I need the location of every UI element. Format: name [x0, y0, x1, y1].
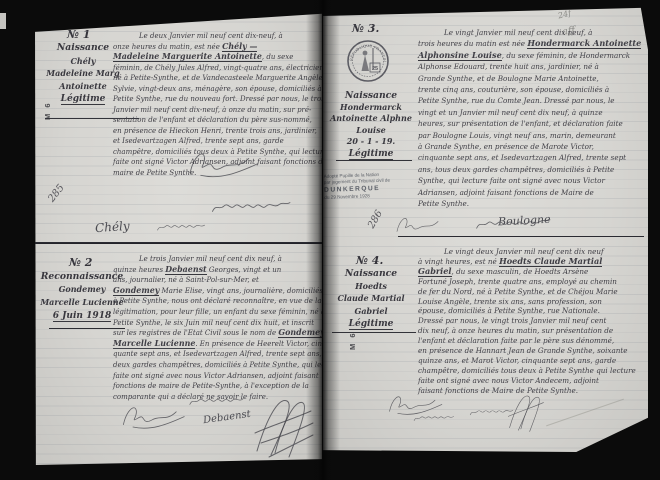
signature-flourish: [412, 410, 464, 429]
handwritten-line: féminin, de Chély Jules Alfred, vingt-qu…: [113, 63, 319, 74]
handwritten-line: trois heures du matin est née Hondermarc…: [418, 38, 642, 49]
handwritten-line: Synthe, qui lecture faite ont signé avec…: [418, 175, 642, 186]
handwritten-line: Alphonsine Louise, du sexe féminin, de H…: [418, 50, 642, 61]
signature-boulogne: Boulogne: [498, 213, 551, 229]
handwritten-line: de fer du Nord, né à Petite Synthe, et d…: [418, 287, 644, 297]
handwritten-line: Le trois Janvier mil neuf cent dix neuf,…: [113, 254, 319, 265]
signature-flourish: [209, 196, 297, 222]
handwritten-line: Petite Synthe.: [418, 198, 642, 209]
stamp-value: 25: [372, 66, 378, 72]
handwritten-line: légitimation, pour leur fille, un enfant…: [113, 307, 319, 318]
revenue-stamp: RÉPUBLIQUE FRANÇAISE 25: [346, 38, 390, 88]
handwritten-line: ans, tous deux gardes champêtres, domici…: [418, 164, 642, 175]
entry3-margin: NaissanceHondermarckAntoinette AlphneLou…: [324, 90, 418, 161]
handwritten-line: Sylvie, vingt-deux ans, ménagère, son ép…: [113, 84, 319, 95]
signature-chely: Chély: [95, 219, 131, 235]
page-number-right: 286: [366, 208, 385, 230]
handwritten-line: Fortuné Joseph, trente quatre ans, emplo…: [418, 277, 644, 287]
handwritten-line: Alphonse Edouard, trente huit ans, jardi…: [418, 61, 642, 72]
handwritten-line: Louise Angèle, trente six ans, sans prof…: [418, 297, 644, 307]
handwritten-line: et Isedevartzagen Alfred, trente sept an…: [113, 136, 319, 147]
handwritten-line: né à Petite-Synthe, et de Vandecasteele …: [113, 73, 319, 84]
adoption-stamp: Adopté Pupille de la Nationpar jugement …: [324, 170, 431, 201]
entry3-body: Le vingt Janvier mil neuf cent dix neuf,…: [418, 27, 642, 210]
handwritten-line: Petite Synthe, rue du nouveau fort. Dres…: [113, 94, 319, 105]
right-page: 24f aff № 3. RÉPUBLIQUE FRANÇAISE 25 Nai…: [322, 6, 648, 462]
pencil-scratch: [546, 399, 624, 427]
handwritten-line: Claude Martial: [324, 292, 418, 304]
page-edge-sliver: [0, 13, 6, 29]
signature-flourish-cluster: [498, 390, 550, 438]
entry-divider-right: [398, 236, 644, 237]
handwritten-line: cinquante sept ans, et Isedevartzagen Al…: [418, 152, 642, 163]
handwritten-line: sentation de l'enfant et déclaration du …: [113, 115, 319, 126]
entry4-margin-rule: [332, 332, 416, 333]
handwritten-line: dix neuf, à onze heures du matin, sur pr…: [418, 326, 644, 336]
signature-flourish: [155, 218, 217, 240]
handwritten-line: Petite Synthe, le six Juin mil neuf cent…: [113, 318, 319, 329]
handwritten-line: sur les registres de l'Etat Civil sous l…: [113, 328, 319, 339]
handwritten-line: quinze ans, et Marot Victor, cinquante s…: [418, 356, 644, 366]
handwritten-line: ans, journalier, né à Saint-Pol-sur-Mer,…: [113, 275, 319, 286]
page-number-left: 285: [46, 183, 66, 205]
handwritten-line: Hondermarck: [324, 102, 418, 114]
entry1-number: № 1: [67, 28, 90, 41]
handwritten-line: Naissance: [324, 90, 418, 102]
handwritten-line: faite ont signé avec nous Victor Adrians…: [113, 371, 319, 382]
handwritten-line: épouse, domiciliés à Petite Synthe, rue …: [418, 306, 644, 316]
handwritten-line: faite ont signé avec nous Victor Andecem…: [418, 376, 644, 386]
handwritten-line: quante sept ans, et Isedevartzagen Alfre…: [113, 349, 319, 360]
handwritten-line: Légitime: [324, 317, 418, 330]
handwritten-line: quinze heures Debaenst Georges, vingt et…: [113, 265, 319, 276]
handwritten-line: à Grande Synthe, en présence de Marote V…: [418, 141, 642, 152]
entry3-margin-rule: [336, 160, 412, 161]
handwritten-line: Gabriel, du sexe masculin, de Hoedts Ars…: [418, 267, 644, 277]
handwritten-line: Madeleine Marguerite Antoinette, du sexe: [113, 52, 319, 63]
handwritten-line: trente cinq ans, couturière, son épouse,…: [418, 84, 642, 95]
handwritten-line: Antoinette Alphne: [324, 113, 418, 125]
handwritten-line: Naissance: [324, 268, 418, 280]
entry2-number: № 2: [69, 256, 92, 269]
handwritten-line: Le vingt Janvier mil neuf cent dix neuf,…: [418, 27, 642, 38]
handwritten-line: en présence de Hieckon Henri, trente tro…: [113, 126, 319, 137]
handwritten-line: deux gardes champêtres, domiciliés à Pet…: [113, 360, 319, 371]
handwritten-line: Marcelle Lucienne. En présence de Heerel…: [113, 339, 319, 350]
entry2-body: Le trois Janvier mil neuf cent dix neuf,…: [113, 254, 319, 402]
handwritten-line: heures, sur présentation de l'enfant, et…: [418, 118, 642, 129]
handwritten-line: Louise: [324, 125, 418, 137]
handwritten-line: Hoedts: [324, 280, 418, 292]
register-scan: M 6 285 № 1 NaissanceChélyMadeleine Marg…: [0, 0, 660, 480]
handwritten-line: Légitime: [324, 148, 418, 161]
frame-number-stamp-right: M 6: [348, 331, 357, 350]
handwritten-line: l'enfant et déclaration faite par le pèr…: [418, 336, 644, 346]
signature-flourish: [183, 146, 263, 182]
handwritten-line: onze heures du matin, est née Chély —: [113, 42, 319, 53]
handwritten-line: Grande Synthe, et de Boulogne Marie Anto…: [418, 73, 642, 84]
signature-flourish: [117, 400, 189, 434]
handwritten-line: par Boulogne Louis, vingt neuf ans, mari…: [418, 130, 642, 141]
handwritten-line: Petite Synthe, rue du Comte Jean. Dressé…: [418, 95, 642, 106]
handwritten-line: à Petite Synthe, nous ont déclaré reconn…: [113, 296, 319, 307]
handwritten-line: champêtre, domiciliés tous deux à Petite…: [418, 366, 644, 376]
entry4-number: № 4.: [356, 254, 383, 267]
handwritten-line: Gondemey Marie Elise, vingt ans, journal…: [113, 286, 319, 297]
handwritten-line: Adriansen, adjoint faisant fonctions de …: [418, 187, 642, 198]
handwritten-line: Le deux Janvier mil neuf cent dix-neuf, …: [113, 31, 319, 42]
handwritten-line: 20 - 1 - 19.: [324, 136, 418, 148]
handwritten-line: Dressé par nous, le vingt trois Janvier …: [418, 316, 644, 326]
entry-divider: [33, 242, 322, 244]
handwritten-line: Gabriel: [324, 305, 418, 317]
signature-flourish-cluster: [245, 388, 315, 468]
handwritten-line: Janvier mil neuf cent dix-neuf, à onze d…: [113, 105, 319, 116]
left-page: M 6 285 № 1 NaissanceChélyMadeleine Marg…: [33, 12, 322, 465]
entry4-body: Le vingt deux Janvier mil neuf cent dix …: [418, 247, 644, 396]
pencil-note-1: 24f: [557, 9, 572, 21]
handwritten-line: vingt et un Janvier mil neuf cent dix ne…: [418, 107, 642, 118]
entry3-number: № 3.: [352, 22, 379, 35]
entry4-margin: NaissanceHoedtsClaude MartialGabrielLégi…: [324, 268, 418, 330]
handwritten-line: en présence de Hannart Jean de Grande Sy…: [418, 346, 644, 356]
